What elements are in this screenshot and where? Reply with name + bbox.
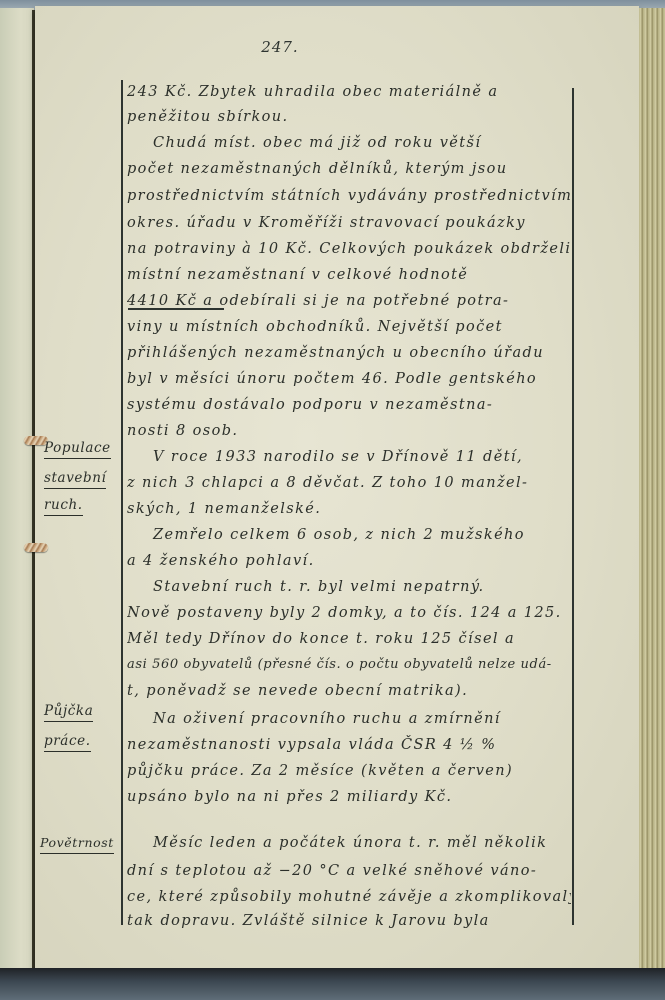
text-line: Stavební ruch t. r. byl velmi nepatrný. xyxy=(127,574,571,600)
text-line: byl v měsíci únoru počtem 46. Podle gent… xyxy=(127,366,571,392)
text-line: viny u místních obchodníků. Největší poč… xyxy=(127,314,571,340)
text-line: upsáno bylo na ni přes 2 miliardy Kč. xyxy=(127,784,571,810)
left-page-edge xyxy=(0,8,34,970)
text-line: tak dopravu. Zvláště silnice k Jarovu by… xyxy=(127,908,571,934)
text-line: ce, které způsobily mohutné závěje a zko… xyxy=(127,884,571,910)
text-line: nosti 8 osob. xyxy=(127,418,571,444)
margin-note-pujcka: Půjčka xyxy=(44,700,93,722)
text-line: na potraviny à 10 Kč. Celkových poukázek… xyxy=(127,236,571,262)
text-line: peněžitou sbírkou. xyxy=(127,104,571,130)
text-line: místní nezaměstnaní v celkové hodnotě xyxy=(127,262,571,288)
text-line: Nově postaveny byly 2 domky, a to čís. 1… xyxy=(127,600,571,626)
book-bottom-edge xyxy=(0,968,665,1000)
text-line-amount: 4410 Kč a odebírali si je na potřebné po… xyxy=(127,288,571,314)
text-line: okres. úřadu v Kroměříži stravovací pouk… xyxy=(127,210,571,236)
text-line: Měsíc leden a počátek února t. r. měl ně… xyxy=(127,830,571,856)
text-line: počet nezaměstnaných dělníků, kterým jso… xyxy=(127,156,571,182)
text-line: a 4 ženského pohlaví. xyxy=(127,548,571,574)
margin-note-populace: Populace xyxy=(44,437,111,459)
margin-note-prace: práce. xyxy=(44,730,91,752)
binding-thread-icon xyxy=(24,543,48,552)
text-line: 243 Kč. Zbytek uhradila obec materiálně … xyxy=(127,79,571,105)
amount-underline xyxy=(128,308,224,310)
page-stack-edges xyxy=(639,8,665,972)
left-margin-rule xyxy=(121,80,123,925)
margin-note-stavebni: stavební xyxy=(44,467,106,489)
book-scan: 247. Populace stavební ruch. Půjčka prác… xyxy=(0,0,665,1000)
text-line: systému dostávalo podporu v nezaměstna- xyxy=(127,392,571,418)
text-line: dní s teplotou až −20 °C a velké sněhové… xyxy=(127,858,571,884)
text-line: nezaměstnanosti vypsala vláda ČSR 4 ½ % xyxy=(127,732,571,758)
text-line: prostřednictvím státních vydávány prostř… xyxy=(127,183,571,209)
text-line: V roce 1933 narodilo se v Dřínově 11 dět… xyxy=(127,444,571,470)
text-line: Na oživení pracovního ruchu a zmírnění xyxy=(127,706,571,732)
text-line: přihlášených nezaměstnaných u obecního ú… xyxy=(127,340,571,366)
margin-note-povetrnost: Povětrnost xyxy=(40,832,114,854)
text-line: t, poněvadž se nevede obecní matrika). xyxy=(127,678,571,704)
text-line: půjčku práce. Za 2 měsíce (květen a červ… xyxy=(127,758,571,784)
text-line: z nich 3 chlapci a 8 děvčat. Z toho 10 m… xyxy=(127,470,571,496)
text-line: Chudá míst. obec má již od roku větší xyxy=(127,130,571,156)
margin-note-ruch: ruch. xyxy=(44,494,83,516)
right-margin-rule xyxy=(572,88,574,925)
text-line: asi 560 obyvatelů (přesné čís. o počtu o… xyxy=(127,652,571,678)
text-line: ských, 1 nemanželské. xyxy=(127,496,571,522)
page-number: 247. xyxy=(250,38,310,56)
text-line: Měl tedy Dřínov do konce t. roku 125 čís… xyxy=(127,626,571,652)
text-line: Zemřelo celkem 6 osob, z nich 2 mužského xyxy=(127,522,571,548)
